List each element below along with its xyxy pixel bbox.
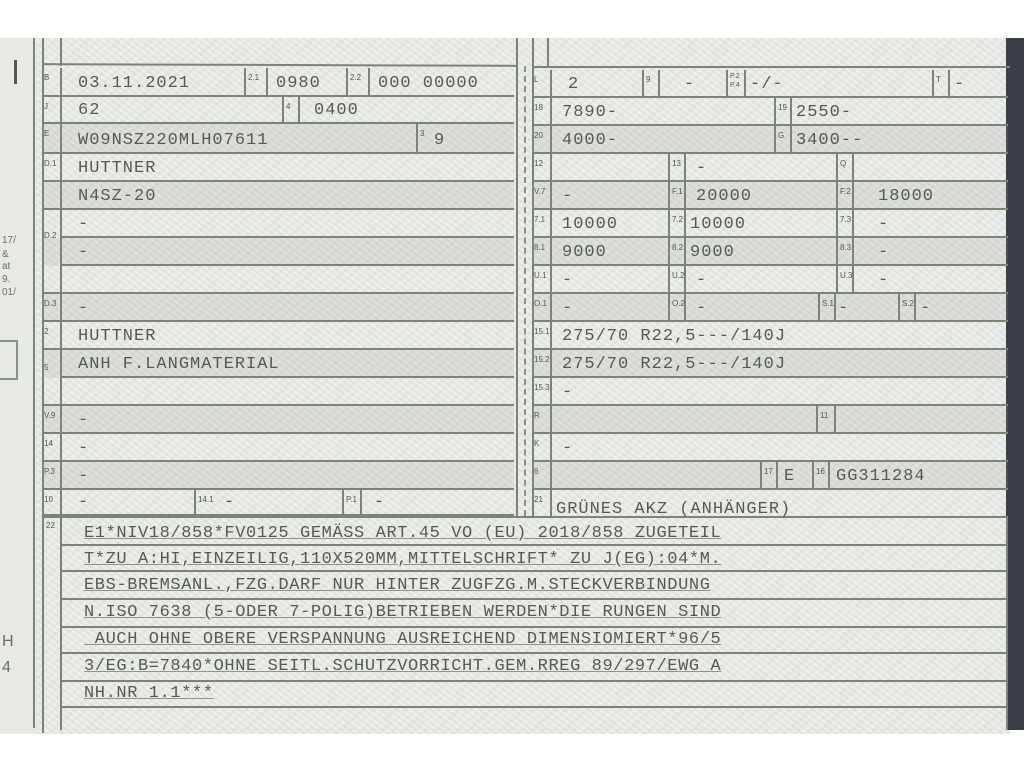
drive-by-noise: - xyxy=(878,272,889,289)
max-technical-mass: 20000 xyxy=(696,188,752,205)
remarks-top-border xyxy=(42,516,1008,518)
field-label: V.9 xyxy=(44,412,55,420)
fragment-text: 17/ xyxy=(2,236,16,246)
top-border-line xyxy=(532,66,1010,68)
field-label: 21 xyxy=(534,496,543,504)
field-label: O.2 xyxy=(672,300,685,308)
field-label: 2.2 xyxy=(350,74,361,82)
tyre-size-axle-2: 275/70 R22,5---/140J xyxy=(562,356,786,373)
first-registration-date: 03.11.2021 xyxy=(78,75,190,92)
field-label: 2.1 xyxy=(248,74,259,82)
type-variant: N4SZ-20 xyxy=(78,188,156,205)
field-label: 8.1 xyxy=(534,244,545,252)
row-o: O.1 - O.2 - S.1 - S.2 - xyxy=(532,294,1008,322)
row-d2-a: - xyxy=(42,210,514,238)
field-label: F.2 xyxy=(840,188,851,196)
row-e: E W09NSZ220MLH07611 3 9 xyxy=(42,124,514,154)
field-label: Q xyxy=(840,160,846,168)
row-12: 12 13 - Q xyxy=(532,154,1008,182)
field-label: 14 xyxy=(44,440,53,448)
field-label: L xyxy=(534,76,538,84)
row-21: 21 GRÜNES AKZ (ANHÄNGER) xyxy=(532,490,1008,516)
field-label: 13 xyxy=(672,160,681,168)
standing-places: - xyxy=(920,300,931,317)
field-label: 20 xyxy=(534,132,543,140)
field-label: 15.1 xyxy=(534,328,550,336)
field-label: 5 xyxy=(44,364,48,372)
field-label: 9 xyxy=(646,76,650,84)
field-label: T xyxy=(936,76,941,84)
emission-code: - xyxy=(224,494,235,511)
fuel-type: - xyxy=(78,468,89,485)
field-label: 17 xyxy=(764,468,773,476)
row-15-3: 15.3 - xyxy=(532,378,1008,406)
row-v9: V.9 - xyxy=(42,406,514,434)
remarks-line: 3/EG:B=7840*OHNE SEITL.SCHUTZVORRICHT.GE… xyxy=(84,658,721,675)
previous-page-fragment: 17/ & at 9. 01/ H 4 xyxy=(0,38,36,734)
field-label: P.1 xyxy=(346,496,357,504)
driven-axles: - xyxy=(684,76,695,93)
emission-class: - xyxy=(78,412,89,429)
row-7: 7.1 10000 7.2 10000 7.3 - xyxy=(532,210,1008,238)
remarks-line: E1*NIV18/858*FV0125 GEMÄSS ART.45 VO (EU… xyxy=(84,525,721,542)
trade-name: - xyxy=(78,300,89,317)
field-label: 8.2 xyxy=(672,244,683,252)
row-l: L 2 9 - P.2 P.4 -/- T - xyxy=(532,70,1008,98)
row-20: 20 4000- G 3400-- xyxy=(532,126,1008,154)
field-label: 16 xyxy=(816,468,825,476)
vehicle-class: 62 xyxy=(78,102,100,119)
field-label: D.1 xyxy=(44,160,56,168)
center-perforation xyxy=(524,66,526,516)
field-label: 19 xyxy=(778,104,787,112)
row-p3: P.3 - xyxy=(42,462,514,490)
max-permitted-mass: 18000 xyxy=(878,188,934,205)
seats: - xyxy=(838,300,849,317)
row-b: B 03.11.2021 2.1 0980 2.2 000 00000 xyxy=(42,68,514,97)
braked-towing-mass: - xyxy=(562,300,573,317)
field-label: 7.3 xyxy=(840,216,851,224)
field-label: 8.3 xyxy=(840,244,851,252)
label-column-line xyxy=(60,38,62,66)
tyre-size-axle-1: 275/70 R22,5---/140J xyxy=(562,328,786,345)
field-label: 11 xyxy=(820,412,828,420)
row-j: J 62 4 0400 xyxy=(42,97,514,124)
permitted-axle-load-2: 9000 xyxy=(690,244,735,261)
field-label: B xyxy=(44,74,49,82)
version-line: - xyxy=(78,244,89,261)
height: 4000- xyxy=(562,132,618,149)
vehicle-identification-number: W09NSZ220MLH07611 xyxy=(78,132,268,149)
fragment-box xyxy=(0,340,18,380)
support-load: - xyxy=(696,160,707,177)
manufacturer-code: 0980 xyxy=(276,75,321,92)
remarks-section: 22 E1*NIV18/858*FV0125 GEMÄSS ART.45 VO … xyxy=(42,516,1008,730)
emission-standard: - xyxy=(78,440,89,457)
field-label: 10 xyxy=(44,496,53,504)
field-label: O.1 xyxy=(534,300,547,308)
field-label: 4 xyxy=(286,103,290,111)
row-d2-c xyxy=(42,266,514,294)
permitted-axle-load-1: 9000 xyxy=(562,244,607,261)
row-d1: D.1 HUTTNER xyxy=(42,154,514,182)
field-label: P.3 xyxy=(44,468,55,476)
row-15-2: 15.2 275/70 R22,5---/140J xyxy=(532,350,1008,378)
field-label: 15.3 xyxy=(534,384,550,392)
engine-capacity: - xyxy=(374,494,385,511)
fragment-text: 9. xyxy=(2,275,10,285)
row-15-1: 15.1 275/70 R22,5---/140J xyxy=(532,322,1008,350)
row-14: 14 - xyxy=(42,434,514,462)
row-5-b xyxy=(42,378,514,406)
field-label: U.2 xyxy=(672,272,684,280)
make: HUTTNER xyxy=(78,160,156,177)
row-v7: V.7 - F.1 20000 F.2 18000 xyxy=(532,182,1008,210)
field-label: P.2 xyxy=(730,73,740,80)
permitted-axle-load-3: - xyxy=(878,244,889,261)
field-label: 7.1 xyxy=(534,216,545,224)
type-variant-code: 000 00000 xyxy=(378,75,479,92)
row-18: 18 7890- 19 2550- xyxy=(532,98,1008,126)
co2-emission: - xyxy=(562,188,573,205)
field-label: P.4 xyxy=(730,82,740,89)
left-field-grid: B 03.11.2021 2.1 0980 2.2 000 00000 J 62… xyxy=(42,68,514,516)
fragment-text: 01/ xyxy=(2,288,16,298)
field-label: S.1 xyxy=(822,300,834,308)
row-10: 10 - 14.1 - P.1 - xyxy=(42,490,514,516)
field-label: V.7 xyxy=(534,188,545,196)
fragment-mark xyxy=(14,60,17,84)
engine-speed-noise: - xyxy=(696,272,707,289)
field-label: E xyxy=(44,130,49,138)
field-label: 6 xyxy=(534,468,538,476)
unbraked-towing-mass: - xyxy=(696,300,707,317)
fragment-text: at xyxy=(2,262,10,272)
remarks-line: NH.NR 1.1*** xyxy=(84,685,214,702)
field-label: S.2 xyxy=(902,300,914,308)
type-approval-number: - xyxy=(562,440,573,457)
axle-load-2: 10000 xyxy=(690,216,746,233)
length: 7890- xyxy=(562,104,618,121)
operating-permit-code: E xyxy=(784,468,795,485)
background-edge xyxy=(1006,38,1024,730)
row-6: 6 17 E 16 GG311284 xyxy=(532,462,1008,490)
stationary-noise: - xyxy=(562,272,573,289)
row-2: 2 HUTTNER xyxy=(42,322,514,350)
field-label: D.3 xyxy=(44,300,56,308)
page-fold-line xyxy=(33,38,35,728)
center-divider-left xyxy=(516,38,518,516)
row-5: 5 ANH F.LANGMATERIAL xyxy=(42,350,514,378)
field-label: J xyxy=(44,103,48,111)
field-label: 22 xyxy=(46,522,55,530)
manufacturer-name: HUTTNER xyxy=(78,328,156,345)
fragment-text: & xyxy=(2,250,9,260)
field-label: 18 xyxy=(534,104,543,112)
width: 2550- xyxy=(796,104,852,121)
power-rpm: -/- xyxy=(750,76,784,93)
remarks-line: N.ISO 7638 (5-ODER 7-POLIG)BETRIEBEN WER… xyxy=(84,604,721,621)
field-label: U.1 xyxy=(534,272,546,280)
field-label: G xyxy=(778,132,784,140)
tyre-size-axle-3: - xyxy=(562,384,573,401)
body-type-code: 0400 xyxy=(314,102,359,119)
row-8: 8.1 9000 8.2 9000 8.3 - xyxy=(532,238,1008,266)
axle-load-3: - xyxy=(878,216,889,233)
row-d2-b: D.2 - xyxy=(42,238,514,266)
field-label: D.2 xyxy=(44,232,56,240)
field-label: R xyxy=(534,412,540,420)
fragment-text: H xyxy=(2,634,14,650)
variant-line: - xyxy=(78,216,89,233)
row-d3: D.3 - xyxy=(42,294,514,322)
field-label: K xyxy=(534,440,539,448)
vin-check-digit: 9 xyxy=(434,132,445,149)
remarks-label-divider xyxy=(60,516,62,730)
field-label: F.1 xyxy=(672,188,683,196)
field-label: U.3 xyxy=(840,272,852,280)
row-k: K - xyxy=(532,434,1008,462)
remarks-line: EBS-BREMSANL.,FZG.DARF NUR HINTER ZUGFZG… xyxy=(84,577,711,594)
row-d1-type: N4SZ-20 xyxy=(42,182,514,210)
label-column-line xyxy=(547,38,549,66)
vehicle-class-body: ANH F.LANGMATERIAL xyxy=(78,356,280,373)
field-label: 2 xyxy=(44,328,48,336)
max-speed: - xyxy=(954,76,965,93)
fuel-code: - xyxy=(78,494,89,511)
row-u: U.1 - U.2 - U.3 - xyxy=(532,266,1008,294)
right-field-grid: L 2 9 - P.2 P.4 -/- T - 18 7890- 19 2550… xyxy=(532,70,1008,516)
document-number: GG311284 xyxy=(836,468,926,485)
field-label: 15.2 xyxy=(534,356,550,364)
remarks-line: AUCH OHNE OBERE VERSPANNUNG AUSREICHEND … xyxy=(84,631,721,648)
remarks-line: T*ZU A:HI,EINZEILIG,110X520MM,MITTELSCHR… xyxy=(84,551,721,568)
field-label: 7.2 xyxy=(672,216,683,224)
field-label: 12 xyxy=(534,160,543,168)
axle-load-1: 10000 xyxy=(562,216,618,233)
fragment-text: 4 xyxy=(2,660,11,676)
empty-mass: 3400-- xyxy=(796,132,863,149)
row-r: R 11 xyxy=(532,406,1008,434)
axle-count: 2 xyxy=(568,76,579,93)
